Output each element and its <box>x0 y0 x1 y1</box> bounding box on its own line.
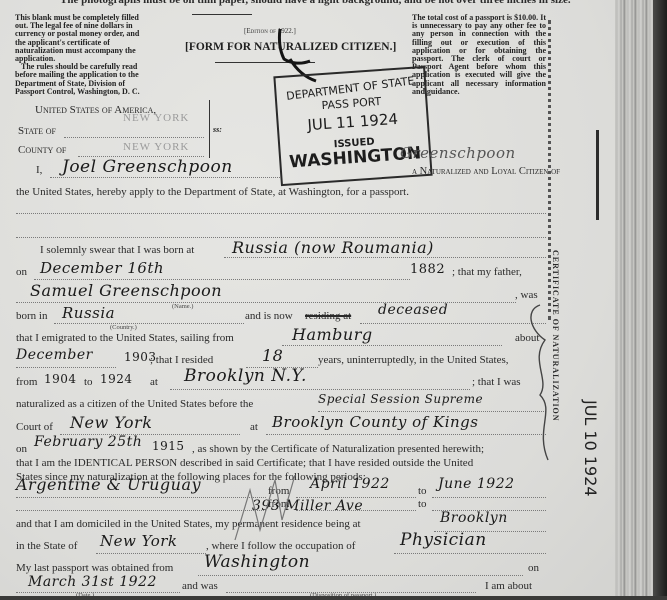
applicant-name-line <box>50 177 280 178</box>
venue-state-label: State of <box>18 125 56 137</box>
venue-county-value: NEW YORK <box>123 141 189 153</box>
birth-label: I solemnly swear that I was born at <box>40 244 194 256</box>
naturalization-date: February 25th <box>34 434 142 450</box>
domicile-state-line <box>96 553 206 554</box>
years-resided: 18 <box>262 346 283 365</box>
identical-person-line: that I am the IDENTICAL PERSON described… <box>16 457 473 469</box>
father-birthplace: Russia <box>62 304 115 322</box>
to-year: 1924 <box>100 372 133 386</box>
venue-state-value: NEW YORK <box>123 112 189 124</box>
scan-bottom-edge <box>0 596 667 600</box>
birth-year: 1882 <box>410 262 445 277</box>
left-notice: This blank must be completely filled out… <box>15 14 150 96</box>
last-passport-from-line <box>198 575 523 576</box>
venue-county-label: County of <box>18 144 66 156</box>
department-of-state-stamp: DEPARTMENT OF STATE PASS PORT JUL 11 192… <box>273 66 432 186</box>
last-passport-label: My last passport was obtained from <box>16 562 173 574</box>
born-in-label: born in <box>16 310 47 322</box>
applicant-line2: the United States, hereby apply to the D… <box>16 186 409 198</box>
abroad-place-line-1 <box>16 497 266 498</box>
birth-place-line <box>224 257 546 258</box>
applicant-name: Joel Greenschpoon <box>62 157 233 177</box>
perforation-line <box>548 20 551 320</box>
from-label: from <box>16 376 37 388</box>
sailing-port: Hamburg <box>292 325 373 344</box>
from-year: 1904 <box>44 372 77 386</box>
applicant-suffix: a Naturalized and Loyal Citizen of <box>412 166 560 177</box>
left-notice-para1: This blank must be completely filled out… <box>15 14 150 63</box>
last-passport-date-line <box>16 592 180 593</box>
birth-on-label: on <box>16 266 27 278</box>
occupation-line <box>394 553 546 554</box>
rule-top <box>192 14 252 15</box>
occupation: Physician <box>400 530 487 550</box>
naturalization-shown: , as shown by the Certificate of Natural… <box>192 443 484 455</box>
court-of-label: Court of <box>16 421 53 433</box>
court-name: Special Session Supreme <box>318 392 483 406</box>
now-label: and is now <box>245 310 293 322</box>
birth-date-line <box>34 279 410 280</box>
birth-date: December 16th <box>40 259 164 277</box>
applicant-name-overwrite: Greenschpoon <box>400 144 516 162</box>
photo-instructions: The photographs must be on thin paper, s… <box>60 0 571 6</box>
court-at-label: at <box>250 421 258 433</box>
at-label: at <box>150 376 158 388</box>
court-of-value: New York <box>70 413 152 432</box>
port-line <box>282 345 502 346</box>
residence-line <box>170 389 470 390</box>
father-status-line <box>360 323 546 324</box>
naturalization-year: 1915 <box>152 439 185 453</box>
emigration-month-line <box>16 367 116 368</box>
abroad-to-label-2: to <box>418 498 427 510</box>
domicile-city: Brooklyn <box>440 510 508 526</box>
blank-line-1 <box>16 213 546 214</box>
applicant-prefix: I, <box>36 164 42 176</box>
emigration-label: that I emigrated to the United States, s… <box>16 332 234 344</box>
birth-place: Russia (now Roumania) <box>232 238 434 257</box>
page-binding-edge <box>615 0 667 600</box>
abroad-to-line-1 <box>432 497 546 498</box>
court-location-line <box>266 434 546 435</box>
and-was-label: and was <box>182 580 218 592</box>
domicile-state: New York <box>100 532 178 550</box>
to-label: to <box>84 376 93 388</box>
last-passport-from: Washington <box>204 552 310 572</box>
right-notice: The total cost of a passport is $10.00. … <box>412 14 546 96</box>
naturalization-on-label: on <box>16 443 27 455</box>
naturalization-label: naturalized as a citizen of the United S… <box>16 398 253 410</box>
abroad-to-label-1: to <box>418 485 427 497</box>
domicile-state-label: in the State of <box>16 540 77 552</box>
father-name: Samuel Greenschpoon <box>30 281 222 300</box>
ss-label: ss: <box>213 125 222 134</box>
father-label: ; that my father, <box>452 266 522 278</box>
father-birthplace-line <box>54 323 244 324</box>
residence: Brooklyn N.Y. <box>184 366 307 386</box>
abroad-place-line-2 <box>16 510 266 511</box>
court-location: Brooklyn County of Kings <box>272 413 478 431</box>
i-am-about-label: I am about <box>485 580 532 592</box>
venue-bracket <box>209 100 210 158</box>
left-notice-para2: The rules should be carefully read befor… <box>15 63 150 96</box>
country-caption: (Country.) <box>110 324 137 331</box>
years-label: years, uninterruptedly, in the United St… <box>318 354 509 366</box>
pencil-check-mark <box>230 470 300 550</box>
resided-label: ; that I resided <box>150 354 213 366</box>
last-passport-date: March 31st 1922 <box>28 574 157 590</box>
that-i-was-label: ; that I was <box>472 376 521 388</box>
father-status: deceased <box>378 302 448 318</box>
stamp-date: JUL 11 1924 <box>278 110 427 135</box>
margin-date-stamp: JUL 10 1924 <box>581 400 600 497</box>
venue-state-line <box>64 137 204 138</box>
domicile-label: and that I am domiciled in the United St… <box>16 518 361 530</box>
margin-signature-scribble <box>520 300 560 470</box>
name-caption: (Name.) <box>172 303 193 310</box>
court-name-line <box>318 411 546 412</box>
abroad-to-1: June 1922 <box>438 476 515 492</box>
struck-residing: residing at <box>305 310 351 322</box>
emigration-month: December <box>16 347 93 363</box>
abroad-place-1: Argentine & Uruguay <box>16 475 201 494</box>
last-passport-on-label: on <box>528 562 539 574</box>
abroad-from-1: April 1922 <box>310 476 390 492</box>
margin-black-mark <box>596 130 599 220</box>
passport-application-page: The photographs must be on thin paper, s… <box>0 0 615 600</box>
